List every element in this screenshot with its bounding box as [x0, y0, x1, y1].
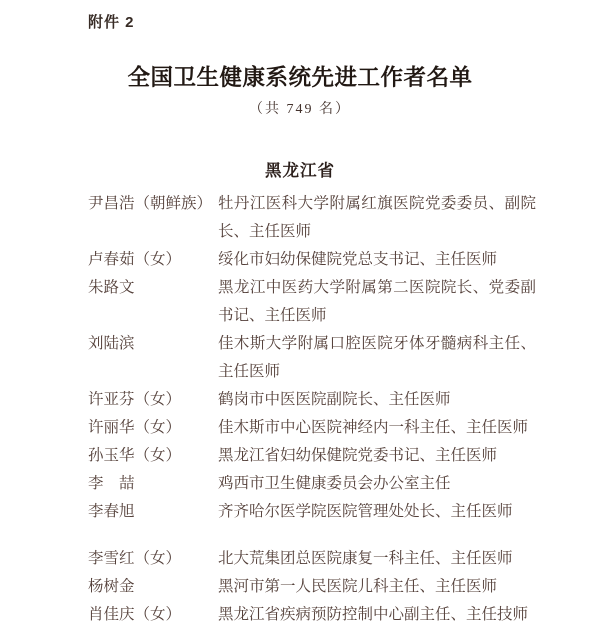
awardee-position: 佳木斯市中心医院神经内一科主任、主任医师	[218, 414, 536, 442]
awardee-position: 牡丹江医科大学附属红旗医院党委委员、副院长、主任医师	[218, 190, 536, 246]
attachment-label: 附件 2	[88, 0, 600, 33]
awardee-position: 黑龙江省妇幼保健院党委书记、主任医师	[218, 442, 536, 470]
awardee-name: 刘陆滨	[88, 330, 218, 358]
list-item: 李雪红（女） 北大荒集团总医院康复一科主任、主任医师	[88, 545, 536, 573]
document-page: 附件 2 全国卫生健康系统先进工作者名单 （共 749 名） 黑龙江省 尹昌浩（…	[0, 0, 600, 635]
list-item: 孙玉华（女） 黑龙江省妇幼保健院党委书记、主任医师	[88, 442, 536, 470]
awardee-name: 孙玉华（女）	[88, 442, 218, 470]
awardee-name: 卢春茹（女）	[88, 246, 218, 274]
list-item: 肖佳庆（女） 黑龙江省疾病预防控制中心副主任、主任技师	[88, 601, 536, 629]
total-count-label: （共 749 名）	[0, 101, 600, 119]
awardee-position: 黑龙江中医药大学附属第二医院院长、党委副书记、主任医师	[218, 274, 536, 330]
awardee-name: 朱路文	[88, 274, 218, 302]
awardee-name: 李雪红（女）	[88, 545, 218, 573]
awardee-position: 黑龙江省疾病预防控制中心副主任、主任技师	[218, 601, 536, 629]
awardee-position: 鸡西市卫生健康委员会办公室主任	[218, 470, 536, 498]
awardee-name: 许亚芬（女）	[88, 386, 218, 414]
list-item: 刘陆滨 佳木斯大学附属口腔医院牙体牙髓病科主任、主任医师	[88, 330, 536, 386]
awardee-name: 许丽华（女）	[88, 414, 218, 442]
list-item: 许亚芬（女） 鹤岗市中医医院副院长、主任医师	[88, 386, 536, 414]
list-item: 卢春茹（女） 绥化市妇幼保健院党总支书记、主任医师	[88, 246, 536, 274]
awardee-position: 鹤岗市中医医院副院长、主任医师	[218, 386, 536, 414]
page-title: 全国卫生健康系统先进工作者名单	[0, 64, 600, 92]
list-item: 许丽华（女） 佳木斯市中心医院神经内一科主任、主任医师	[88, 414, 536, 442]
list-item: 朱路文 黑龙江中医药大学附属第二医院院长、党委副书记、主任医师	[88, 274, 536, 330]
awardee-name: 李 喆	[88, 470, 218, 498]
awardee-position: 北大荒集团总医院康复一科主任、主任医师	[218, 545, 536, 573]
awardee-position: 绥化市妇幼保健院党总支书记、主任医师	[218, 246, 536, 274]
province-section-header: 黑龙江省	[0, 161, 600, 181]
awardee-position: 佳木斯大学附属口腔医院牙体牙髓病科主任、主任医师	[218, 330, 536, 386]
awardee-name: 肖佳庆（女）	[88, 601, 218, 629]
list-item: 李 喆 鸡西市卫生健康委员会办公室主任	[88, 470, 536, 498]
list-item: 李春旭 齐齐哈尔医学院医院管理处处长、主任医师	[88, 498, 536, 526]
awardee-list: 尹昌浩（朝鲜族） 牡丹江医科大学附属红旗医院党委委员、副院长、主任医师 卢春茹（…	[88, 190, 536, 629]
list-item: 杨树金 黑河市第一人民医院儿科主任、主任医师	[88, 573, 536, 601]
awardee-name: 尹昌浩（朝鲜族）	[88, 190, 218, 218]
list-item: 尹昌浩（朝鲜族） 牡丹江医科大学附属红旗医院党委委员、副院长、主任医师	[88, 190, 536, 246]
awardee-name: 杨树金	[88, 573, 218, 601]
awardee-name: 李春旭	[88, 498, 218, 526]
awardee-position: 黑河市第一人民医院儿科主任、主任医师	[218, 573, 536, 601]
awardee-position: 齐齐哈尔医学院医院管理处处长、主任医师	[218, 498, 536, 526]
